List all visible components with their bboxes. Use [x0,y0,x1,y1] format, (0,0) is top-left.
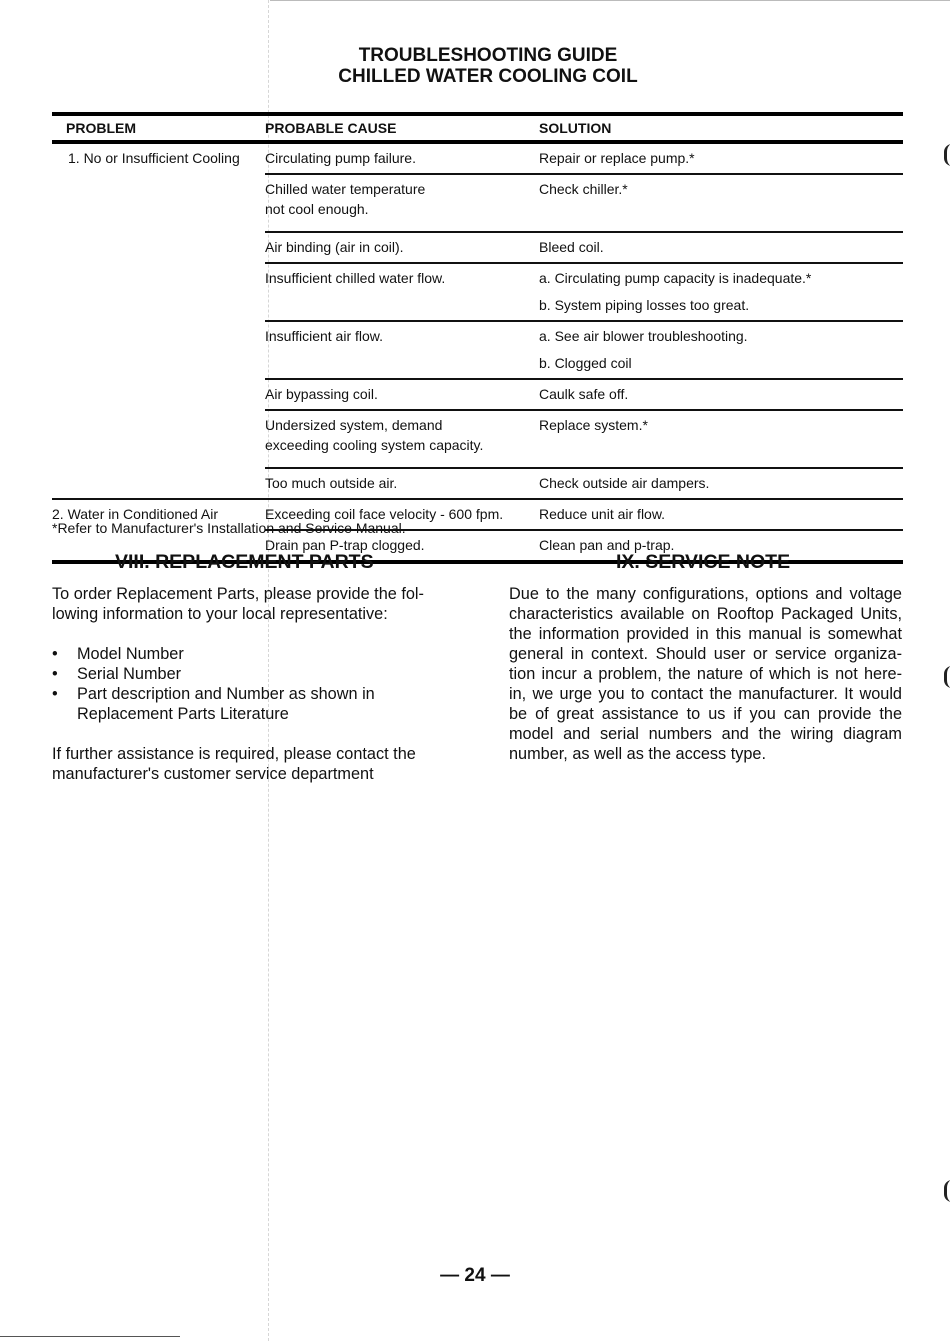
table-row: Chilled water temperaturenot cool enough… [265,175,903,233]
cause-line: Insufficient air flow. [265,326,539,346]
table-body: 1. No or Insufficient CoolingCirculating… [52,144,903,560]
service-note-line: in, we urge you to contact the manufactu… [509,684,902,704]
solution: Check outside air dampers. [539,473,903,493]
cause-line: exceeding cooling system capacity. [265,435,539,455]
section-heading: VIII. REPLACEMENT PARTS [52,550,452,574]
outro-line: If further assistance is required, pleas… [52,745,416,763]
replacement-parts-section: VIII. REPLACEMENT PARTS To order Replace… [52,550,452,784]
solution-line: b. Clogged coil [539,353,903,373]
table-header-row: PROBLEM PROBABLE CAUSE SOLUTION [52,116,903,140]
title-line-1: TROUBLESHOOTING GUIDE [26,45,950,66]
title-line-2: CHILLED WATER COOLING COIL [26,66,950,87]
intro-paragraph: To order Replacement Parts, please provi… [52,584,452,624]
problem-label: 1. No or Insufficient Cooling [52,144,265,498]
list-item-text: Model Number [77,644,452,664]
service-note-line: the information provided in this manual … [509,624,902,644]
solution-line: Reduce unit air flow. [539,504,903,524]
service-note-line: general in context. Should user or servi… [509,644,902,664]
solution-line: Check outside air dampers. [539,473,903,493]
cause-line: not cool enough. [265,199,539,219]
service-note-line: characteristics available on Rooftop Pac… [509,604,902,624]
cause-line: Undersized system, demand [265,415,539,435]
info-list: •Model Number•Serial Number•Part descrip… [52,644,452,724]
table-row: Circulating pump failure.Repair or repla… [265,144,903,175]
cause-line: Too much outside air. [265,473,539,493]
table-row: Air bypassing coil.Caulk safe off. [265,380,903,411]
solution-line: Bleed coil. [539,237,903,257]
table-row: Too much outside air.Check outside air d… [265,469,903,498]
probable-cause: Air bypassing coil. [265,384,539,404]
service-note-line: model and serial numbers and the wiring … [509,724,902,744]
outro-paragraph: If further assistance is required, pleas… [52,744,452,784]
service-note-paragraph: Due to the many configurations, options … [509,584,902,764]
table-row: Air binding (air in coil).Bleed coil. [265,233,903,264]
probable-cause: Air binding (air in coil). [265,237,539,257]
table-row: Undersized system, demandexceeding cooli… [265,411,903,469]
solution: Bleed coil. [539,237,903,257]
binding-hole-mark [944,666,950,688]
service-note-line: be of great assistance to us if you can … [509,704,902,724]
list-item-text: Part description and Number as shown in [77,684,452,704]
binding-hole-mark [944,1180,950,1202]
solution: Reduce unit air flow. [539,504,903,524]
intro-line: To order Replacement Parts, please provi… [52,585,424,603]
list-item: •Model Number [52,644,452,664]
header-probable-cause: PROBABLE CAUSE [265,120,539,136]
troubleshooting-table: PROBLEM PROBABLE CAUSE SOLUTION 1. No or… [52,112,903,564]
solution-line: a. Circulating pump capacity is inadequa… [539,268,903,288]
solution: Repair or replace pump.* [539,148,903,168]
footnote: *Refer to Manufacturer's Installation an… [52,520,406,536]
table-row: Insufficient chilled water flow.a. Circu… [265,264,903,322]
probable-cause: Insufficient chilled water flow. [265,268,539,315]
solution-line: Check chiller.* [539,179,903,199]
header-problem: PROBLEM [52,120,265,136]
page-number-text: — 24 — [440,1265,510,1286]
bullet-icon: • [52,644,58,664]
service-note-line: number, as well as the access type. [509,744,902,764]
solution: a. See air blower troubleshooting.b. Clo… [539,326,903,373]
solution-line: Caulk safe off. [539,384,903,404]
cause-line: Air binding (air in coil). [265,237,539,257]
solution: Caulk safe off. [539,384,903,404]
list-item: •Part description and Number as shown in… [52,684,452,724]
problem-group: 1. No or Insufficient CoolingCirculating… [52,144,903,498]
service-note-section: IX. SERVICE NOTE Due to the many configu… [509,550,902,764]
list-item-text: Serial Number [77,664,452,684]
page-number: — 24 — [0,1265,950,1287]
list-item: •Serial Number [52,664,452,684]
probable-cause: Insufficient air flow. [265,326,539,373]
header-solution: SOLUTION [539,120,903,136]
service-note-line: Due to the many configurations, options … [509,584,902,604]
page-title: TROUBLESHOOTING GUIDE CHILLED WATER COOL… [0,45,950,87]
scan-artifact-top [270,0,950,1]
service-note-line: tion incur a problem, the nature of whic… [509,664,902,684]
scan-artifact-bottom [0,1336,180,1337]
cause-line: Chilled water temperature [265,179,539,199]
solution-line: Replace system.* [539,415,903,435]
cause-line: Insufficient chilled water flow. [265,268,539,288]
list-item-text: Replacement Parts Literature [77,704,452,724]
cause-line: Air bypassing coil. [265,384,539,404]
outro-line: manufacturer's customer service departme… [52,765,374,783]
cause-list: Circulating pump failure.Repair or repla… [265,144,903,498]
section-heading: IX. SERVICE NOTE [509,550,902,574]
probable-cause: Chilled water temperaturenot cool enough… [265,179,539,219]
table-row: Insufficient air flow.a. See air blower … [265,322,903,380]
intro-line: lowing information to your local represe… [52,605,388,623]
binding-hole-mark [944,144,950,166]
solution: Check chiller.* [539,179,903,219]
solution-line: a. See air blower troubleshooting. [539,326,903,346]
solution: a. Circulating pump capacity is inadequa… [539,268,903,315]
solution-line: b. System piping losses too great. [539,295,903,315]
solution-line: Repair or replace pump.* [539,148,903,168]
probable-cause: Too much outside air. [265,473,539,493]
cause-line: Circulating pump failure. [265,148,539,168]
probable-cause: Undersized system, demandexceeding cooli… [265,415,539,455]
bullet-icon: • [52,664,58,684]
probable-cause: Circulating pump failure. [265,148,539,168]
bullet-icon: • [52,684,58,704]
solution: Replace system.* [539,415,903,455]
